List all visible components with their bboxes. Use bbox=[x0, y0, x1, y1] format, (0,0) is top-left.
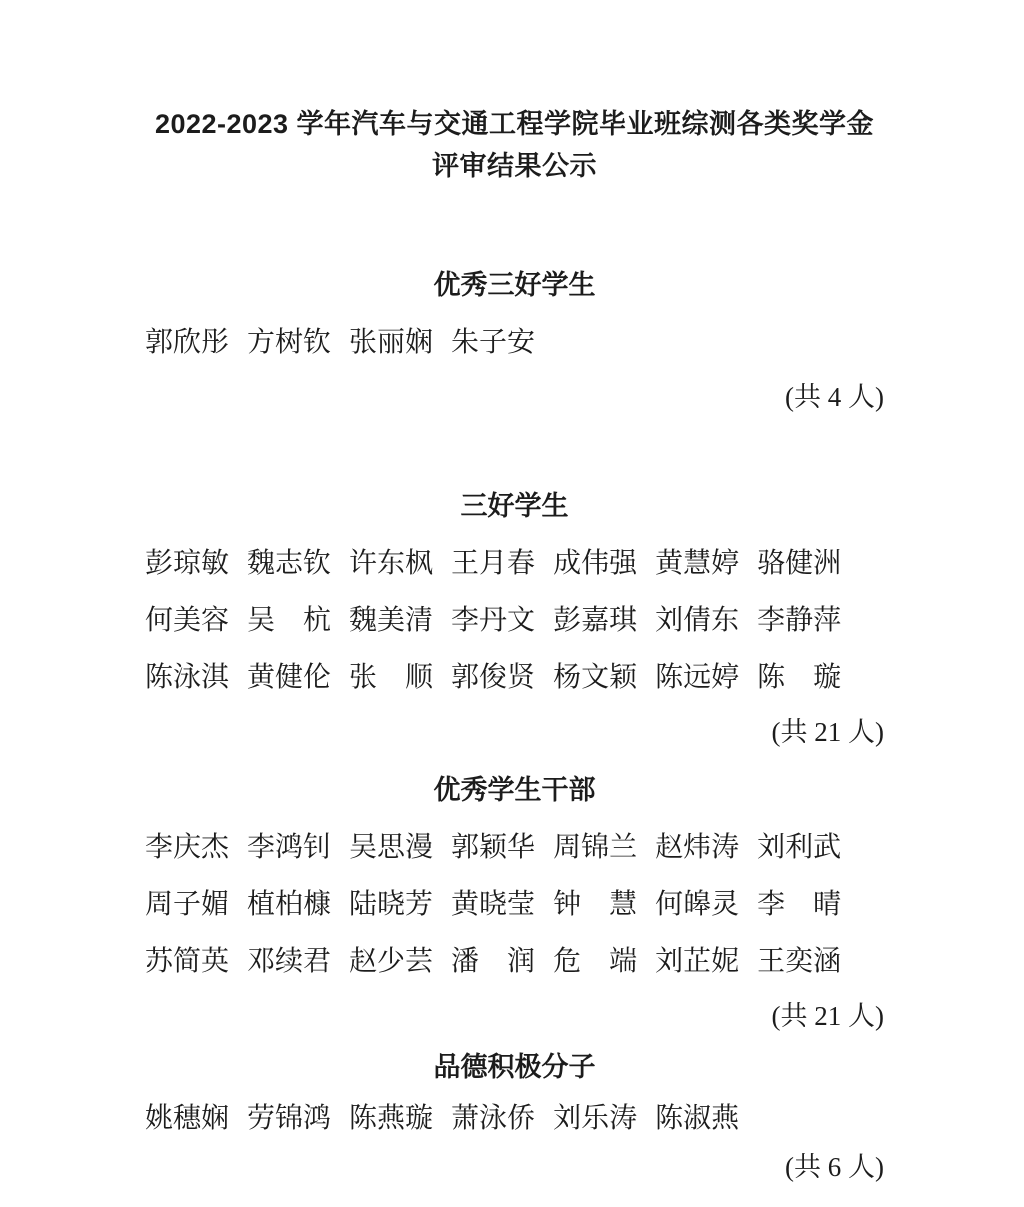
student-name: 朱子安 bbox=[451, 324, 535, 361]
name-row: 郭欣彤方树钦张丽娴朱子安 bbox=[145, 324, 884, 361]
student-name: 吴思漫 bbox=[349, 829, 433, 866]
section-header: 品德积极分子 bbox=[145, 1049, 884, 1086]
student-name: 李 晴 bbox=[757, 886, 841, 923]
student-name: 刘利武 bbox=[757, 829, 841, 866]
student-name: 潘 润 bbox=[451, 943, 535, 980]
student-name: 刘倩东 bbox=[655, 602, 739, 639]
name-row: 何美容吴 杭魏美清李丹文彭嘉琪刘倩东李静萍 bbox=[145, 602, 884, 639]
student-name: 姚穗娴 bbox=[145, 1100, 229, 1137]
student-name: 陆晓芳 bbox=[349, 886, 433, 923]
student-name: 刘芷妮 bbox=[655, 943, 739, 980]
student-name: 刘乐涛 bbox=[553, 1100, 637, 1137]
student-name: 彭嘉琪 bbox=[553, 602, 637, 639]
student-name: 危 端 bbox=[553, 943, 637, 980]
student-name: 周锦兰 bbox=[553, 829, 637, 866]
student-name: 李鸿钊 bbox=[247, 829, 331, 866]
student-name: 萧泳侨 bbox=[451, 1100, 535, 1137]
name-rows: 彭琼敏魏志钦许东枫王月春成伟强黄慧婷骆健洲何美容吴 杭魏美清李丹文彭嘉琪刘倩东李… bbox=[145, 545, 884, 696]
section-merit-students: 三好学生 彭琼敏魏志钦许东枫王月春成伟强黄慧婷骆健洲何美容吴 杭魏美清李丹文彭嘉… bbox=[145, 488, 884, 751]
student-name: 陈淑燕 bbox=[655, 1100, 739, 1137]
student-name: 魏美清 bbox=[349, 602, 433, 639]
student-name: 方树钦 bbox=[247, 324, 331, 361]
section-outstanding-merit-students: 优秀三好学生 郭欣彤方树钦张丽娴朱子安 (共 4 人) bbox=[145, 267, 884, 416]
student-name: 王奕涵 bbox=[757, 943, 841, 980]
section-header: 三好学生 bbox=[145, 488, 884, 525]
title-line-1: 2022-2023 学年汽车与交通工程学院毕业班综测各类奖学金 bbox=[145, 103, 884, 145]
name-row: 苏简英邓续君赵少芸潘 润危 端刘芷妮王奕涵 bbox=[145, 943, 884, 980]
section-moral-activists: 品德积极分子 姚穗娴劳锦鸿陈燕璇萧泳侨刘乐涛陈淑燕 (共 6 人) bbox=[145, 1049, 884, 1186]
section-header: 优秀三好学生 bbox=[145, 267, 884, 304]
document-page: 2022-2023 学年汽车与交通工程学院毕业班综测各类奖学金 评审结果公示 优… bbox=[0, 0, 1024, 1207]
student-name: 周子媚 bbox=[145, 886, 229, 923]
count-label: (共 4 人) bbox=[145, 379, 884, 416]
count-label: (共 21 人) bbox=[145, 998, 884, 1035]
student-name: 黄慧婷 bbox=[655, 545, 739, 582]
document-title: 2022-2023 学年汽车与交通工程学院毕业班综测各类奖学金 评审结果公示 bbox=[145, 103, 884, 187]
student-name: 郭欣彤 bbox=[145, 324, 229, 361]
student-name: 陈 璇 bbox=[757, 659, 841, 696]
title-line-2: 评审结果公示 bbox=[145, 145, 884, 187]
name-rows: 李庆杰李鸿钊吴思漫郭颖华周锦兰赵炜涛刘利武周子媚植柏槺陆晓芳黄晓莹钟 慧何皞灵李… bbox=[145, 829, 884, 980]
student-name: 钟 慧 bbox=[553, 886, 637, 923]
student-name: 何皞灵 bbox=[655, 886, 739, 923]
student-name: 植柏槺 bbox=[247, 886, 331, 923]
student-name: 陈泳淇 bbox=[145, 659, 229, 696]
student-name: 郭颖华 bbox=[451, 829, 535, 866]
name-rows: 姚穗娴劳锦鸿陈燕璇萧泳侨刘乐涛陈淑燕 bbox=[145, 1100, 884, 1137]
student-name: 成伟强 bbox=[553, 545, 637, 582]
student-name: 劳锦鸿 bbox=[247, 1100, 331, 1137]
student-name: 许东枫 bbox=[349, 545, 433, 582]
student-name: 王月春 bbox=[451, 545, 535, 582]
student-name: 邓续君 bbox=[247, 943, 331, 980]
name-row: 李庆杰李鸿钊吴思漫郭颖华周锦兰赵炜涛刘利武 bbox=[145, 829, 884, 866]
student-name: 杨文颖 bbox=[553, 659, 637, 696]
name-row: 陈泳淇黄健伦张 顺郭俊贤杨文颖陈远婷陈 璇 bbox=[145, 659, 884, 696]
student-name: 吴 杭 bbox=[247, 602, 331, 639]
student-name: 陈远婷 bbox=[655, 659, 739, 696]
student-name: 赵少芸 bbox=[349, 943, 433, 980]
student-name: 张 顺 bbox=[349, 659, 433, 696]
name-rows: 郭欣彤方树钦张丽娴朱子安 bbox=[145, 324, 884, 361]
student-name: 陈燕璇 bbox=[349, 1100, 433, 1137]
student-name: 张丽娴 bbox=[349, 324, 433, 361]
student-name: 李庆杰 bbox=[145, 829, 229, 866]
student-name: 何美容 bbox=[145, 602, 229, 639]
name-row: 姚穗娴劳锦鸿陈燕璇萧泳侨刘乐涛陈淑燕 bbox=[145, 1100, 884, 1137]
student-name: 赵炜涛 bbox=[655, 829, 739, 866]
student-name: 李静萍 bbox=[757, 602, 841, 639]
student-name: 魏志钦 bbox=[247, 545, 331, 582]
student-name: 彭琼敏 bbox=[145, 545, 229, 582]
count-label: (共 21 人) bbox=[145, 714, 884, 751]
student-name: 黄晓莹 bbox=[451, 886, 535, 923]
student-name: 郭俊贤 bbox=[451, 659, 535, 696]
student-name: 苏简英 bbox=[145, 943, 229, 980]
student-name: 骆健洲 bbox=[757, 545, 841, 582]
student-name: 李丹文 bbox=[451, 602, 535, 639]
name-row: 周子媚植柏槺陆晓芳黄晓莹钟 慧何皞灵李 晴 bbox=[145, 886, 884, 923]
count-label: (共 6 人) bbox=[145, 1149, 884, 1186]
section-header: 优秀学生干部 bbox=[145, 772, 884, 809]
name-row: 彭琼敏魏志钦许东枫王月春成伟强黄慧婷骆健洲 bbox=[145, 545, 884, 582]
student-name: 黄健伦 bbox=[247, 659, 331, 696]
section-outstanding-student-cadres: 优秀学生干部 李庆杰李鸿钊吴思漫郭颖华周锦兰赵炜涛刘利武周子媚植柏槺陆晓芳黄晓莹… bbox=[145, 772, 884, 1035]
